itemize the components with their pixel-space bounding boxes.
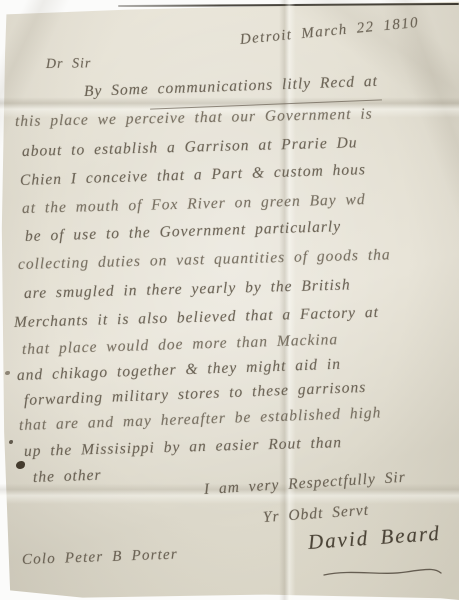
body-line: the other: [33, 468, 102, 486]
signature-flourish: [322, 566, 444, 578]
letter-scan: Detroit March 22 1810 Dr Sir By Some com…: [0, 0, 459, 600]
salutation: Dr Sir: [46, 57, 92, 72]
